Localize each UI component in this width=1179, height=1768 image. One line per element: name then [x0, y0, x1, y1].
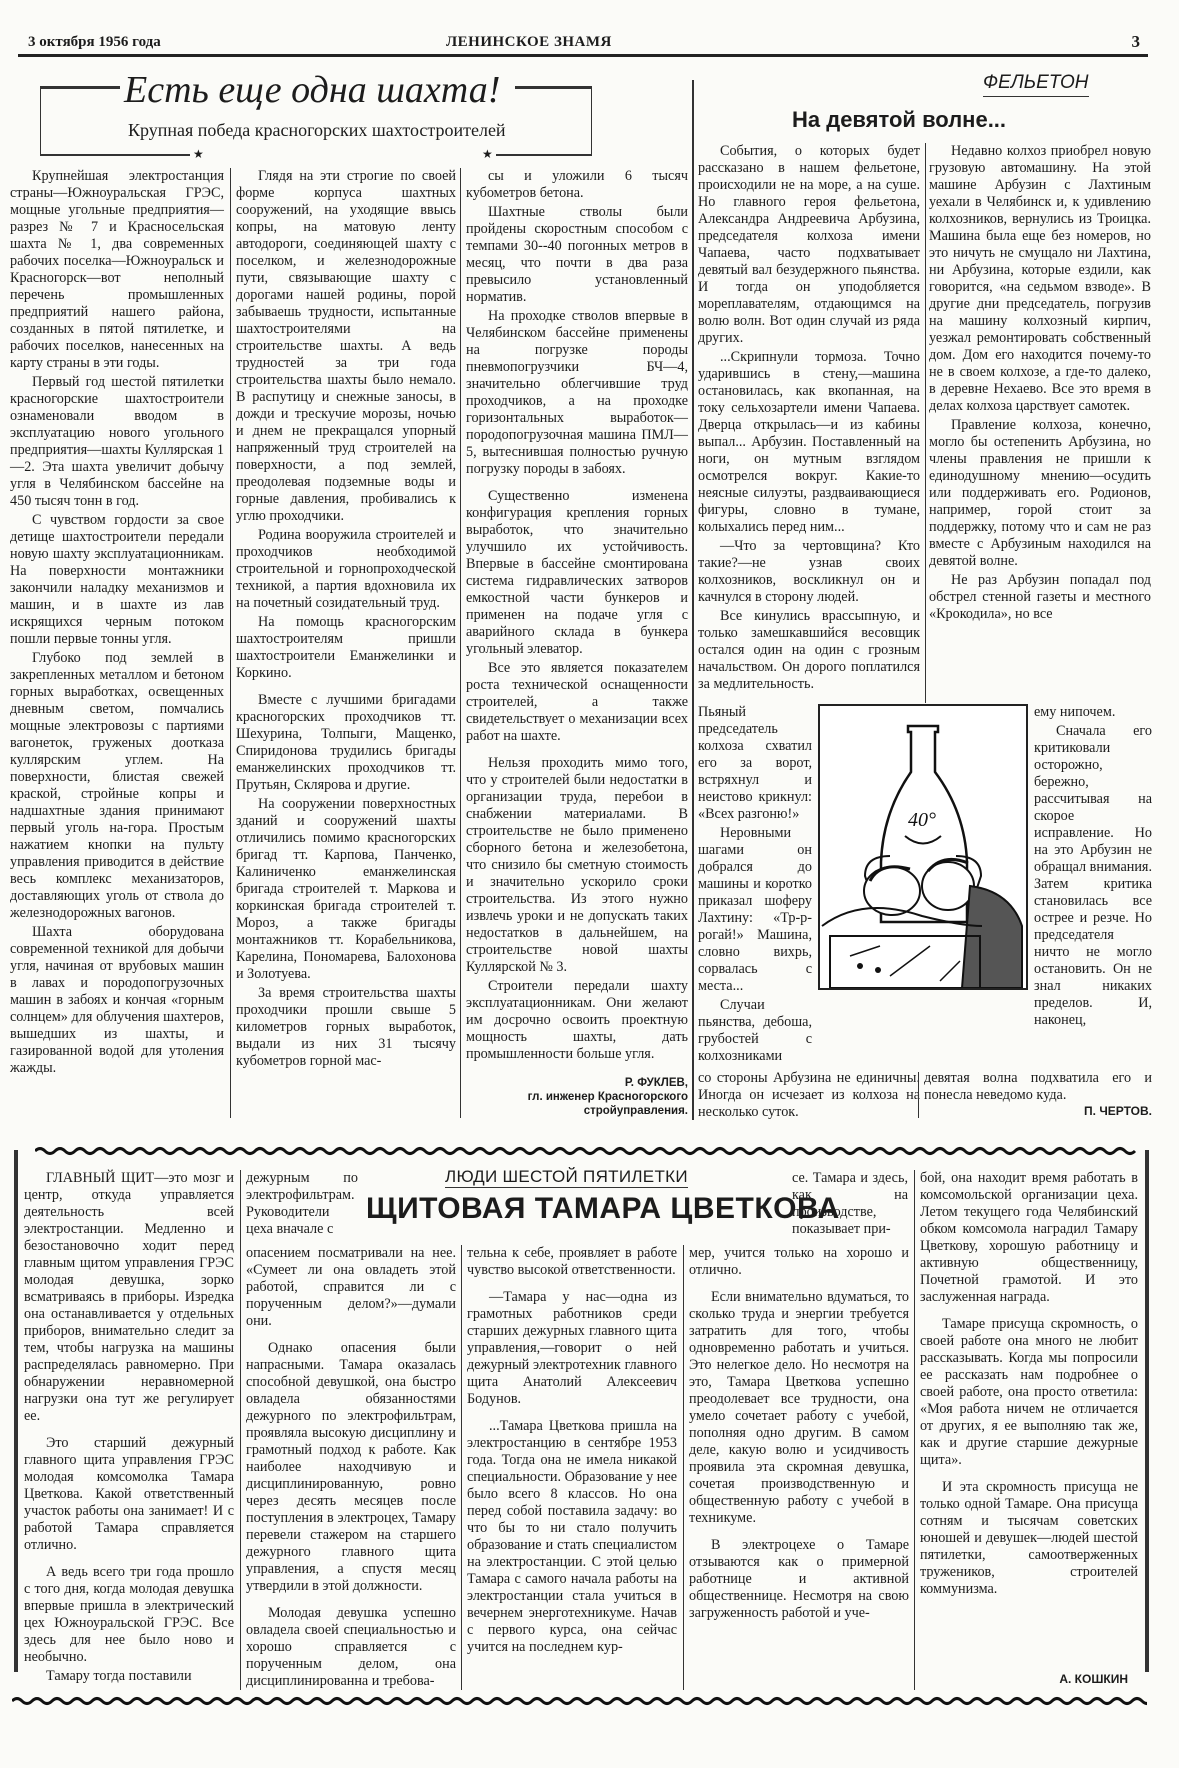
bottle-cartoon-icon: 40°: [820, 706, 1026, 988]
column-divider: [683, 1245, 684, 1690]
headline-rule-left: [40, 86, 122, 89]
people-column-3: тельна к себе, проявляет в работе чувств…: [467, 1245, 677, 1658]
newspaper-name: ЛЕНИНСКОЕ ЗНАМЯ: [446, 34, 612, 51]
people-column-2: опасением посматривали на нее. «Сумеет л…: [246, 1245, 456, 1692]
mine-signature: Р. ФУКЛЕВ, гл. инженер Красногорского ст…: [466, 1076, 688, 1118]
people-column-1: ГЛАВНЫЙ ЩИТ—это мозг и центр, откуда упр…: [24, 1170, 234, 1687]
column-divider: [230, 168, 231, 1118]
feuilleton-column-1: События, о которых будет рассказано в на…: [698, 143, 920, 695]
article-headline: Есть еще одна шахта!: [120, 68, 504, 112]
feuilleton-signature: П. ЧЕРТОВ.: [1000, 1104, 1152, 1118]
mine-column-3: сы и уложили 6 тысяч кубометров бетона. …: [466, 168, 688, 1065]
feuilleton-column-2-narrow: ему нипочем. Сначала его критиковали ост…: [1034, 704, 1152, 1031]
column-divider: [461, 1245, 462, 1690]
feuilleton-column-1-bottom: со стороны Арбузина не единичны. Иногда …: [698, 1070, 920, 1123]
issue-date: 3 октября 1956 года: [28, 34, 161, 51]
headline-bottom-rule-right: [496, 154, 592, 156]
column-divider: [460, 168, 461, 1118]
author-role: гл. инженер Красногорского стройуправлен…: [466, 1090, 688, 1118]
wavy-border-left: [14, 1150, 18, 1672]
feuilleton-column-2: Недавно колхоз приобрел новую грузовую а…: [929, 143, 1151, 625]
feuilleton-column-2-bottom: девятая волна подхватила его и понесла н…: [924, 1070, 1152, 1106]
people-headline: ЩИТОВАЯ ТАМАРА ЦВЕТКОВА: [366, 1192, 840, 1226]
masthead: 3 октября 1956 года ЛЕНИНСКОЕ ЗНАМЯ 3: [18, 32, 1148, 54]
author-name: Р. ФУКЛЕВ,: [466, 1076, 688, 1090]
column-divider: [918, 1072, 919, 1118]
feuilleton-headline: На девятой волне...: [792, 107, 1006, 133]
people-column-2-top: дежурным по электрофильтрам. Руководител…: [246, 1170, 358, 1240]
page-number: 3: [1132, 32, 1141, 52]
svg-text:40°: 40°: [908, 809, 936, 831]
column-divider: [914, 1170, 915, 1690]
section-divider: [692, 80, 694, 1120]
headline-rule-right: [515, 86, 592, 89]
wavy-border-top: [35, 1146, 1145, 1156]
column-divider: [240, 1170, 241, 1690]
people-column-4: мер, учится только на хорошо и отлично. …: [689, 1245, 909, 1624]
feuilleton-tag: ФЕЛЬЕТОН: [983, 72, 1089, 97]
mine-column-1: Крупнейшая электростанция страны—Южноура…: [10, 168, 224, 1079]
people-column-4-top: се. Тамара и здесь, как на производстве,…: [792, 1170, 908, 1240]
wavy-border-right: [1145, 1150, 1149, 1672]
star-icon: ★: [193, 147, 204, 162]
mine-column-2: Глядя на эти строгие по своей форме корп…: [236, 168, 456, 1072]
feuilleton-column-1-narrow: Пьяный председатель колхоза схватил его …: [698, 704, 812, 1067]
cartoon-illustration: 40°: [818, 704, 1028, 990]
masthead-rule: [18, 54, 1148, 57]
headline-bottom-rule-left: [40, 154, 190, 156]
column-divider: [925, 143, 926, 703]
people-signature: А. КОШКИН: [1000, 1672, 1128, 1686]
article-subheadline: Крупная победа красногорских шахтостроит…: [128, 120, 506, 141]
star-icon: ★: [482, 147, 493, 162]
rubric-label: ЛЮДИ ШЕСТОЙ ПЯТИЛЕТКИ: [445, 1167, 688, 1188]
people-column-5: бой, она находит время работать в комсом…: [920, 1170, 1138, 1600]
wavy-border-bottom: [12, 1696, 1147, 1706]
